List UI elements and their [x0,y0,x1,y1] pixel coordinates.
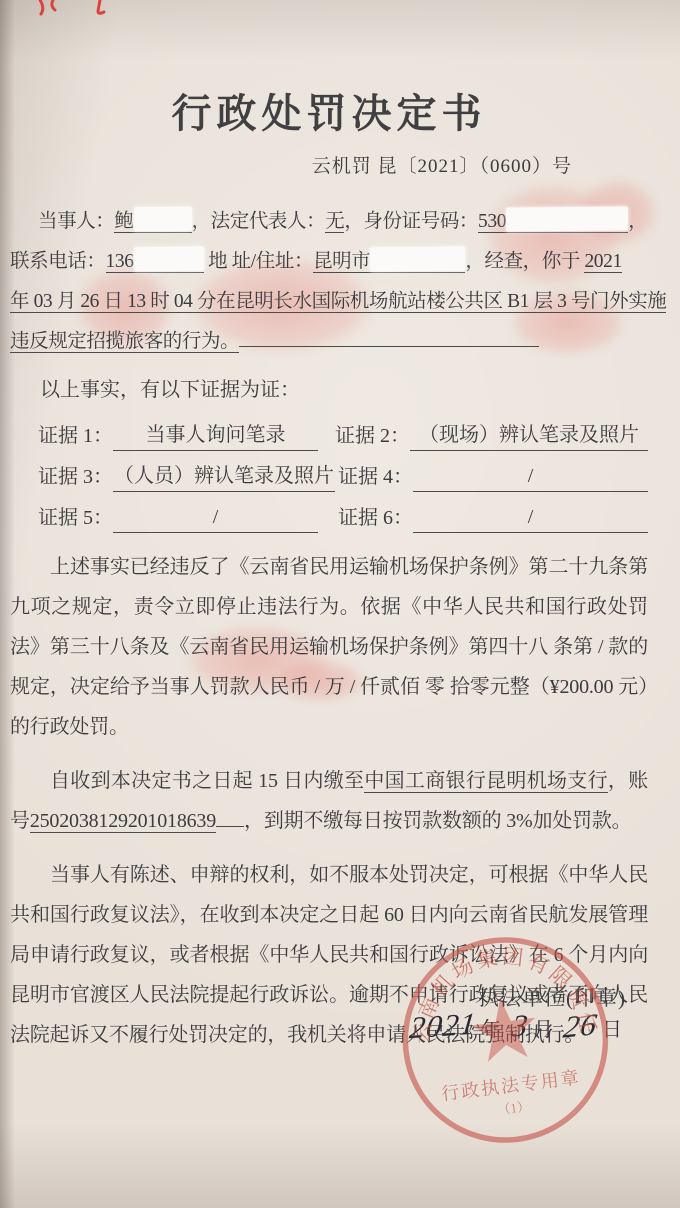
evidence-label: 证据 2： [335,421,410,451]
redaction-box [133,207,191,232]
evidence-row: 证据 3： （人员）辨认笔录及照片 证据 4： / [38,461,648,492]
party-name: 鲍 [114,211,133,232]
document-photo: 行政处罚决定书 云机罚 昆〔2021〕（0600）号 当事人：鲍，法定代表人：无… [0,0,680,1208]
evidence-value: （人员）辨认笔录及照片 [113,461,335,492]
evidence-item-4: 证据 4： / [338,461,648,492]
party-line: 当事人：鲍，法定代表人：无，身份证号码：530， [38,202,648,242]
handwritten-month: 3 [510,1007,530,1044]
phone-label: 联系电话： [10,251,106,272]
evidence-label: 证据 4： [338,462,413,492]
evidence-section: 证据 1： 当事人询问笔录 证据 2： （现场）辨认笔录及照片 证据 3： （人… [38,420,648,533]
evidence-value: / [413,502,648,533]
evidence-value: 当事人询问笔录 [113,420,318,451]
evidence-label: 证据 5： [38,503,113,533]
bank-name: 中国工商银行昆明机场支行 [364,770,608,793]
redaction-box [133,247,203,272]
evidence-item-5: 证据 5： / [38,502,338,533]
page-title: 行政处罚决定书 [10,82,648,139]
evidence-item-1: 证据 1： 当事人询问笔录 [38,420,335,451]
legal-rep-label: ，法定代表人： [192,211,326,232]
payment-before-bank: 自收到本决定书之日起 15 日内缴至 [50,770,364,792]
evidence-value: / [413,461,648,492]
handwritten-day: 26 [561,1006,600,1045]
payment-paragraph: 自收到本决定书之日起 15 日内缴至中国工商银行昆明机场支行，账号2502038… [10,761,648,841]
evidence-item-6: 证据 6： / [338,502,648,533]
handwritten-year: 2021 [408,1006,478,1047]
evidence-intro: 以上事实，有以下证据为证： [40,370,648,410]
document-number: 云机罚 昆〔2021〕（0600）号 [10,151,648,178]
redaction-box [506,206,628,231]
evidence-item-3: 证据 3： （人员）辨认笔录及照片 [38,461,338,492]
evidence-row: 证据 1： 当事人询问笔录 证据 2： （现场）辨认笔录及照片 [38,420,648,451]
evidence-item-2: 证据 2： （现场）辨认笔录及照片 [335,420,648,451]
address-prefix: 昆明市 [313,251,370,272]
party-facts-paragraph: 当事人：鲍，法定代表人：无，身份证号码：530， 联系电话：136 地 址/住址… [10,202,648,362]
stamp-center-text: 行政执法专用章 [440,1067,581,1104]
day-unit: 日 [602,1019,622,1041]
party-label: 当事人： [38,211,114,232]
address-label: 地 址/住址： [208,251,313,272]
month-unit: 月 [533,1019,553,1041]
year-unit: 年 [481,1019,501,1041]
evidence-row: 证据 5： / 证据 6： / [38,502,648,533]
evidence-label: 证据 3： [38,462,113,492]
after-address-text: ，经查，你于 [465,251,584,272]
signature-date: 2021 年 3 月 26 日 [410,1008,622,1044]
fact-line-2: 违反规定招揽旅客的行为。 [10,322,648,362]
blank-underline [239,328,539,348]
account-number: 2502038129201018639 [30,810,216,833]
evidence-value: / [113,502,318,533]
red-pen-marks-icon [0,0,160,20]
evidence-label: 证据 6： [338,503,413,533]
phone-prefix: 136 [106,251,134,272]
contact-line: 联系电话：136 地 址/住址：昆明市，经查，你于 2021 [10,242,648,282]
blank-underline [216,807,244,827]
id-label: ，身份证号码： [344,211,478,232]
evidence-label: 证据 1： [38,421,113,451]
decision-paragraph: 上述事实已经违反了《云南省民用运输机场保护条例》第二十九条第九项之规定，责令立即… [10,547,648,747]
id-prefix: 530 [478,211,506,232]
fact-line-1: 年 03 月 26 日 13 时 04 分在昆明长水国际机场航站楼公共区 B1 … [10,282,648,322]
year-filled: 2021 [584,251,621,273]
stamp-sub-text: （1） [497,1099,531,1118]
comma: ， [628,211,647,232]
payment-after-account: ，到期不缴每日按罚款数额的 3%加处罚款。 [244,810,631,832]
evidence-value: （现场）辨认笔录及照片 [410,420,648,451]
redaction-box [370,247,465,272]
legal-rep-value: 无 [325,211,344,233]
